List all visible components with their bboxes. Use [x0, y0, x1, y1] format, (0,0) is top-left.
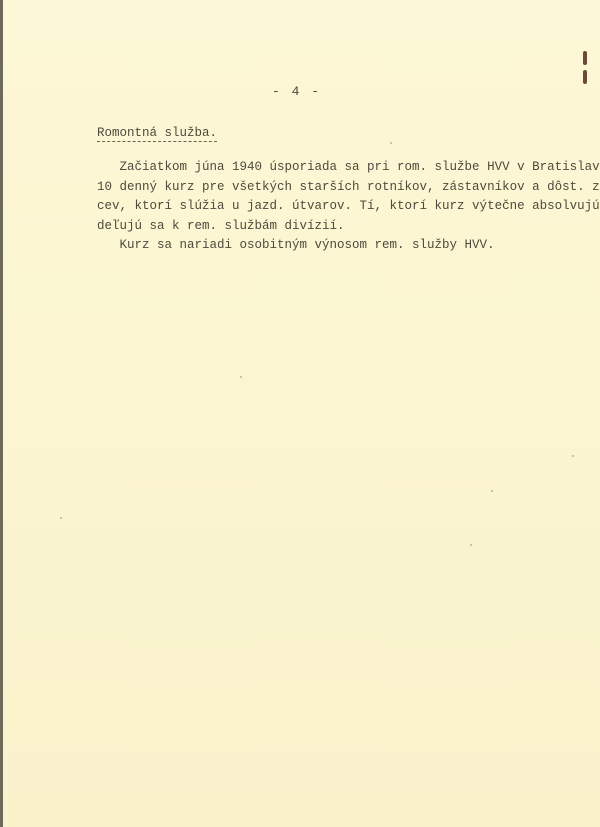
body-paragraph: Začiatkom júna 1940 úsporiada sa pri rom… [97, 158, 577, 256]
paper-speck [240, 376, 242, 378]
page-number: - 4 - [272, 84, 321, 99]
binding-mark [583, 70, 587, 84]
paper-speck [491, 490, 493, 492]
section-heading: Romontná služba. [97, 126, 217, 142]
text-line: Začiatkom júna 1940 úsporiada sa pri rom… [97, 158, 577, 178]
page-edge-shadow [0, 0, 3, 827]
text-line: Kurz sa nariadi osobitným výnosom rem. s… [97, 236, 577, 256]
text-line: deľujú sa k rem. službám divízií. [97, 217, 577, 237]
paper-speck [572, 455, 574, 457]
text-line: cev, ktorí slúžia u jazd. útvarov. Tí, k… [97, 197, 577, 217]
text-line: 10 denný kurz pre všetkých starších rotn… [97, 178, 577, 198]
document-page: - 4 - Romontná služba. Začiatkom júna 19… [0, 0, 600, 827]
paper-speck [470, 544, 472, 546]
paper-speck [390, 142, 392, 144]
paper-speck [60, 517, 62, 519]
binding-mark [583, 51, 587, 65]
